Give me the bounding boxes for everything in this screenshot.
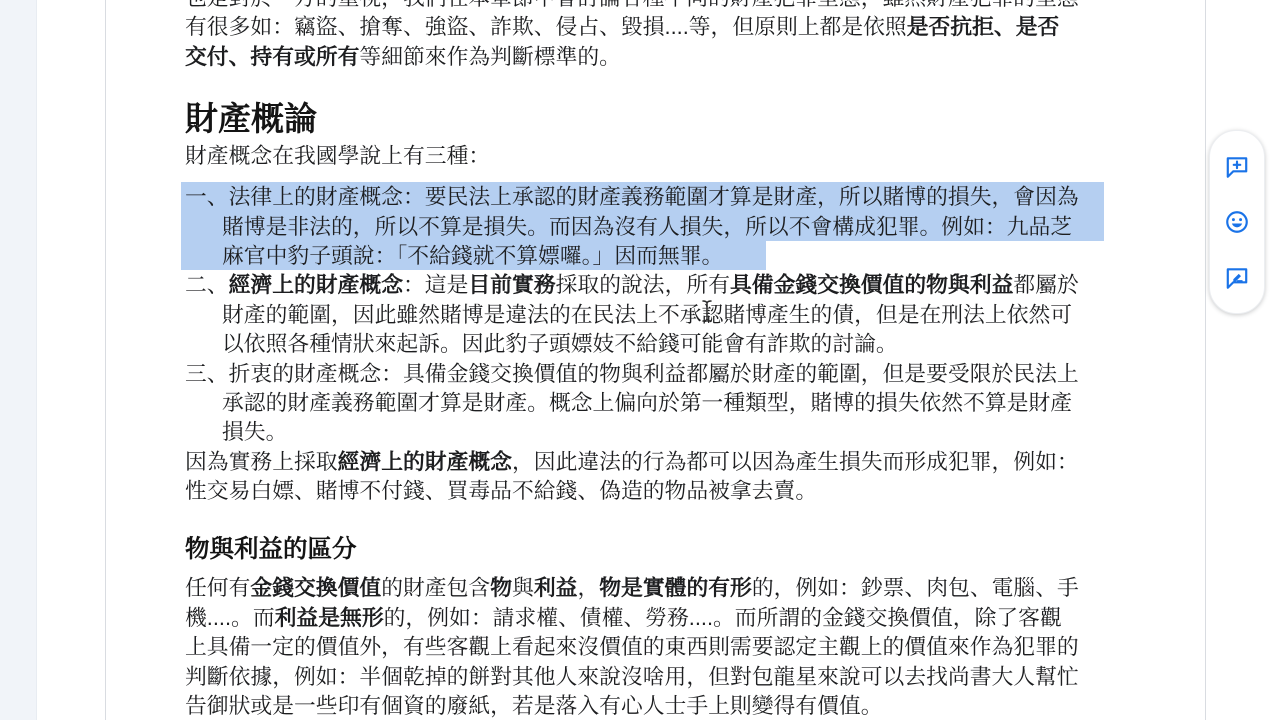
- doc-line: 財產概念在我國學說上有三種：: [185, 141, 1107, 170]
- doc-line: 也是對於一方的重視，我們在本章節中會討論各種不同的財產犯罪型態，雖然財產犯罪的型…: [185, 0, 1107, 12]
- pencil-comment-icon: [1224, 265, 1250, 291]
- doc-line: 性交易白嫖、賭博不付錢、買毒品不給錢、偽造的物品被拿去賣。: [185, 476, 1107, 505]
- smiley-icon: [1224, 209, 1250, 235]
- suggest-edits-button[interactable]: [1217, 258, 1257, 298]
- doc-line: 告御狀或是一些印有個資的廢紙，若是落入有心人士手上則變得有價值。: [185, 691, 1107, 720]
- doc-line: 任何有金錢交換價值的財產包含物與利益，物是實體的有形的，例如：鈔票、肉包、電腦、…: [185, 573, 1107, 602]
- doc-line: 因為實務上採取經濟上的財產概念，因此違法的行為都可以因為產生損失而形成犯罪，例如…: [185, 447, 1107, 476]
- doc-line: 三、折衷的財產概念：具備金錢交換價值的物與利益都屬於財產的範圍，但是要受限於民法…: [185, 359, 1107, 388]
- section-heading: 財產概論: [185, 96, 1107, 141]
- doc-line: 承認的財產義務範圍才算是財產。概念上偏向於第一種類型，賭博的損失依然不算是財產: [185, 388, 1107, 417]
- section-heading: 物與利益的區分: [185, 533, 1107, 567]
- emoji-reaction-button[interactable]: [1217, 202, 1257, 242]
- doc-line: 上具備一定的價值外，有些客觀上看起來沒價值的東西則需要認定主觀上的價值來作為犯罪…: [185, 632, 1107, 661]
- doc-line: 一、法律上的財產概念：要民法上承認的財產義務範圍才算是財產，所以賭博的損失，會因…: [185, 182, 1107, 211]
- doc-line: 交付、持有或所有等細節來作為判斷標準的。: [185, 42, 1107, 71]
- doc-line: 有很多如：竊盜、搶奪、強盜、詐欺、侵占、毀損....等，但原則上都是依照是否抗拒…: [185, 12, 1107, 41]
- doc-line: 機....。而利益是無形的，例如：請求權、債權、勞務....。而所謂的金錢交換價…: [185, 603, 1107, 632]
- doc-line: 以依照各種情狀來起訴。因此豹子頭嫖妓不給錢可能會有詐欺的討論。: [185, 329, 1107, 358]
- selection-toolbar: [1209, 130, 1265, 314]
- doc-line: 二、經濟上的財產概念：這是目前實務採取的說法，所有具備金錢交換價值的物與利益都屬…: [185, 270, 1107, 299]
- doc-line: 財產的範圍，因此雖然賭博是違法的在民法上不承認賭博產生的債，但是在刑法上依然可: [185, 300, 1107, 329]
- left-margin-strip: [0, 0, 37, 720]
- comment-plus-icon: [1224, 154, 1250, 180]
- doc-line: 損失。: [185, 417, 1107, 446]
- document-text[interactable]: 也是對於一方的重視，我們在本章節中會討論各種不同的財產犯罪型態，雖然財產犯罪的型…: [185, 0, 1107, 720]
- doc-line: 判斷依據，例如：半個乾掉的餅對其他人來說沒啥用，但對包龍星來說可以去找尚書大人幫…: [185, 662, 1107, 691]
- doc-line: 麻官中豹子頭說：「不給錢就不算嫖囉。」因而無罪。: [185, 241, 1107, 270]
- page-left-border: [105, 0, 106, 720]
- page-right-border: [1205, 0, 1206, 720]
- doc-line: 賭博是非法的，所以不算是損失。而因為沒有人損失，所以不會構成犯罪。例如：九品芝: [185, 212, 1107, 241]
- add-comment-button[interactable]: [1217, 147, 1257, 187]
- text-cursor-icon: [700, 299, 714, 323]
